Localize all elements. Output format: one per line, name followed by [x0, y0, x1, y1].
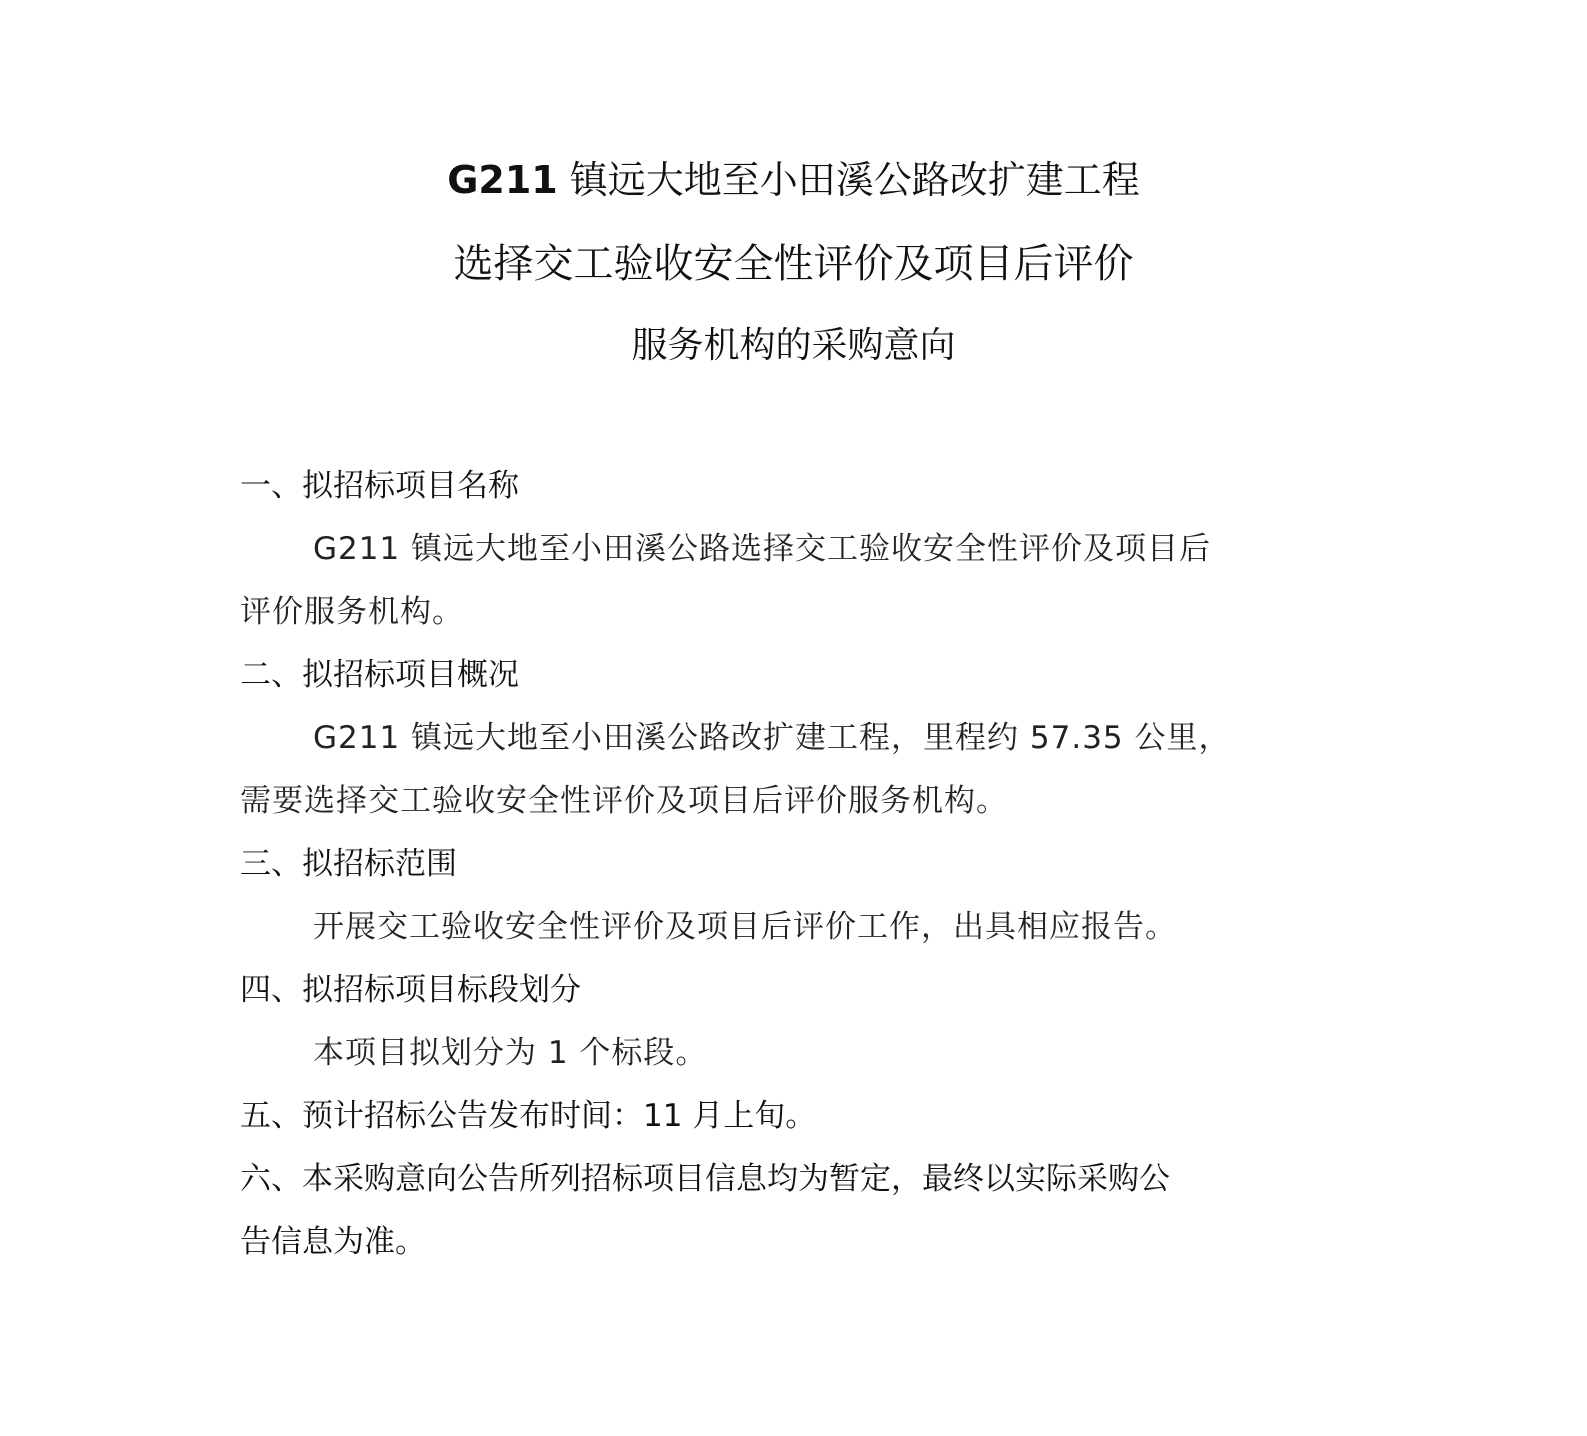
- section-2-text-line-1: G211 镇远大地至小田溪公路改扩建工程，里程约 57.35 公里，: [240, 710, 1340, 773]
- document-title-line-1: G211 镇远大地至小田溪公路改扩建工程: [0, 152, 1587, 208]
- section-heading-5: 五、预计招标公告发布时间：11 月上旬。: [240, 1088, 1340, 1151]
- section-6-text-line-1: 告信息为准。: [240, 1214, 1340, 1277]
- section-2-text-line-2: 需要选择交工验收安全性评价及项目后评价服务机构。: [240, 773, 1340, 836]
- section-4-text-line-1: 本项目拟划分为 1 个标段。: [240, 1025, 1340, 1088]
- section-heading-3: 三、拟招标范围: [240, 836, 1340, 899]
- document-title-line-2: 选择交工验收安全性评价及项目后评价: [0, 236, 1587, 292]
- document-body: 一、拟招标项目名称 G211 镇远大地至小田溪公路选择交工验收安全性评价及项目后…: [240, 458, 1340, 1277]
- section-1-text-line-1: G211 镇远大地至小田溪公路选择交工验收安全性评价及项目后: [240, 521, 1340, 584]
- document-title-line-3: 服务机构的采购意向: [0, 318, 1587, 374]
- project-name: 镇远大地至小田溪公路改扩建工程: [558, 158, 1140, 202]
- section-heading-1: 一、拟招标项目名称: [240, 458, 1340, 521]
- section-heading-6: 六、本采购意向公告所列招标项目信息均为暂定，最终以实际采购公: [240, 1151, 1340, 1214]
- section-heading-2: 二、拟招标项目概况: [240, 647, 1340, 710]
- section-1-text-line-2: 评价服务机构。: [240, 584, 1340, 647]
- section-3-text-line-1: 开展交工验收安全性评价及项目后评价工作，出具相应报告。: [240, 899, 1340, 962]
- route-code: G211: [447, 158, 558, 202]
- section-heading-4: 四、拟招标项目标段划分: [240, 962, 1340, 1025]
